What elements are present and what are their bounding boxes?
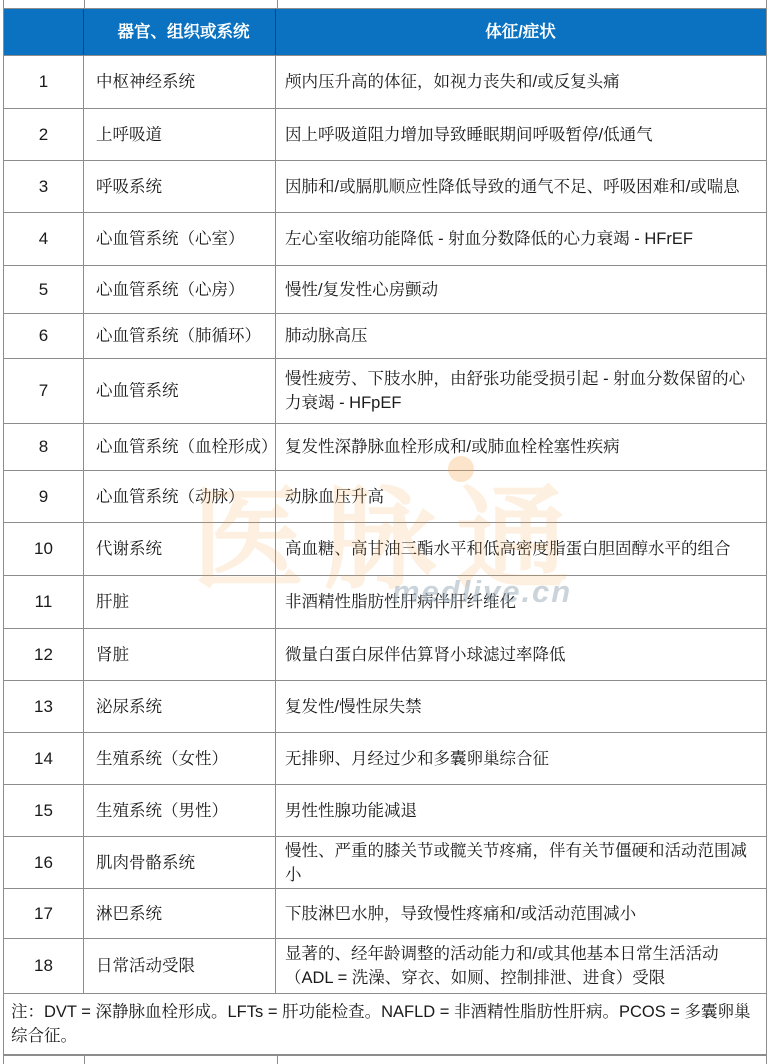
organ-cell: 肌肉骨骼系统 [84,837,276,888]
sign-cell: 复发性深静脉血栓形成和/或肺血栓栓塞性疾病 [276,424,766,470]
organ-cell: 上呼吸道 [84,109,276,160]
sign-cell: 复发性/慢性尿失禁 [276,681,766,732]
sign-cell: 慢性/复发性心房颤动 [276,266,766,313]
organ-cell: 心血管系统（心室） [84,213,276,265]
cropped-cell [85,0,278,8]
row-number-cell: 15 [4,785,84,836]
organ-cell: 泌尿系统 [84,681,276,732]
table-row: 3 呼吸系统 因肺和/或膈肌顺应性降低导致的通气不足、呼吸困难和/或喘息 [4,160,766,212]
row-number-cell: 17 [4,889,84,938]
header-cell-number [4,9,84,55]
table-row: 7 心血管系统 慢性疲劳、下肢水肿，由舒张功能受损引起 - 射血分数保留的心力衰… [4,358,766,423]
organ-cell: 心血管系统（肺循环） [84,314,276,358]
organ-cell: 呼吸系统 [84,161,276,212]
sign-cell: 无排卵、月经过少和多囊卵巢综合征 [276,733,766,784]
cropped-cell [4,0,85,8]
table-body: 1 中枢神经系统 颅内压升高的体征，如视力丧失和/或反复头痛 2 上呼吸道 因上… [4,55,766,993]
sign-cell: 显著的、经年龄调整的活动能力和/或其他基本日常生活活动 （ADL = 洗澡、穿衣… [276,939,766,993]
table-row: 13 泌尿系统 复发性/慢性尿失禁 [4,680,766,732]
row-number-cell: 14 [4,733,84,784]
table-row: 6 心血管系统（肺循环） 肺动脉高压 [4,313,766,358]
organ-cell: 日常活动受限 [84,939,276,993]
table-row: 15 生殖系统（男性） 男性性腺功能减退 [4,784,766,836]
row-number-cell: 8 [4,424,84,470]
row-number-cell: 11 [4,576,84,628]
row-number-cell: 1 [4,56,84,108]
sign-cell: 颅内压升高的体征，如视力丧失和/或反复头痛 [276,56,766,108]
table-header-row: 器官、组织或系统 体征/症状 [4,8,766,55]
table-row: 12 肾脏 微量白蛋白尿伴估算肾小球滤过率降低 [4,628,766,680]
organ-cell: 肝脏 [84,576,276,628]
sign-cell: 因上呼吸道阻力增加导致睡眠期间呼吸暂停/低通气 [276,109,766,160]
sign-cell: 男性性腺功能减退 [276,785,766,836]
row-number-cell: 3 [4,161,84,212]
row-number-cell: 6 [4,314,84,358]
organ-cell: 中枢神经系统 [84,56,276,108]
sign-cell: 高血糖、高甘油三酯水平和低高密度脂蛋白胆固醇水平的组合 [276,523,766,575]
sign-cell: 因肺和/或膈肌顺应性降低导致的通气不足、呼吸困难和/或喘息 [276,161,766,212]
row-number-cell: 5 [4,266,84,313]
row-number-cell: 16 [4,837,84,888]
row-number-cell: 12 [4,629,84,680]
organ-cell: 心血管系统（血栓形成） [84,424,276,470]
cropped-cell [278,1056,766,1064]
row-number-cell: 9 [4,471,84,522]
organ-cell: 心血管系统 [84,359,276,423]
sign-cell: 肺动脉高压 [276,314,766,358]
header-cell-sign: 体征/症状 [276,9,766,55]
cropped-cell [278,0,766,8]
table-row: 18 日常活动受限 显著的、经年龄调整的活动能力和/或其他基本日常生活活动 （A… [4,938,766,993]
organ-systems-table: 器官、组织或系统 体征/症状 1 中枢神经系统 颅内压升高的体征，如视力丧失和/… [3,0,767,1064]
table-row: 1 中枢神经系统 颅内压升高的体征，如视力丧失和/或反复头痛 [4,55,766,108]
organ-cell: 淋巴系统 [84,889,276,938]
organ-cell: 代谢系统 [84,523,276,575]
table-row: 16 肌肉骨骼系统 慢性、严重的膝关节或髋关节疼痛，伴有关节僵硬和活动范围减小 [4,836,766,888]
cropped-cell [85,1056,278,1064]
sign-cell: 下肢淋巴水肿，导致慢性疼痛和/或活动范围减小 [276,889,766,938]
sign-cell: 慢性疲劳、下肢水肿，由舒张功能受损引起 - 射血分数保留的心力衰竭 - HFpE… [276,359,766,423]
row-number-cell: 13 [4,681,84,732]
header-cell-organ: 器官、组织或系统 [84,9,276,55]
sign-cell: 微量白蛋白尿伴估算肾小球滤过率降低 [276,629,766,680]
table-row: 2 上呼吸道 因上呼吸道阻力增加导致睡眠期间呼吸暂停/低通气 [4,108,766,160]
row-number-cell: 7 [4,359,84,423]
table-row: 8 心血管系统（血栓形成） 复发性深静脉血栓形成和/或肺血栓栓塞性疾病 [4,423,766,470]
organ-cell: 生殖系统（男性） [84,785,276,836]
organ-cell: 心血管系统（动脉） [84,471,276,522]
row-number-cell: 18 [4,939,84,993]
sign-cell: 慢性、严重的膝关节或髋关节疼痛，伴有关节僵硬和活动范围减小 [276,837,766,888]
table-row: 10 代谢系统 高血糖、高甘油三酯水平和低高密度脂蛋白胆固醇水平的组合 [4,522,766,575]
row-number-cell: 10 [4,523,84,575]
table-row: 14 生殖系统（女性） 无排卵、月经过少和多囊卵巢综合征 [4,732,766,784]
organ-cell: 生殖系统（女性） [84,733,276,784]
table-row: 17 淋巴系统 下肢淋巴水肿，导致慢性疼痛和/或活动范围减小 [4,888,766,938]
table-row: 4 心血管系统（心室） 左心室收缩功能降低 - 射血分数降低的心力衰竭 - HF… [4,212,766,265]
row-number-cell: 2 [4,109,84,160]
cropped-row-bottom [4,1055,766,1064]
table-row: 9 心血管系统（动脉） 动脉血压升高 [4,470,766,522]
sign-cell: 左心室收缩功能降低 - 射血分数降低的心力衰竭 - HFrEF [276,213,766,265]
cropped-row-top [4,0,766,8]
table-note: 注：DVT = 深静脉血栓形成。LFTs = 肝功能检查。NAFLD = 非酒精… [4,993,766,1055]
organ-cell: 肾脏 [84,629,276,680]
table-row: 11 肝脏 非酒精性脂肪性肝病伴肝纤维化 [4,575,766,628]
sign-cell: 动脉血压升高 [276,471,766,522]
row-number-cell: 4 [4,213,84,265]
sign-cell: 非酒精性脂肪性肝病伴肝纤维化 [276,576,766,628]
table-row: 5 心血管系统（心房） 慢性/复发性心房颤动 [4,265,766,313]
cropped-cell [4,1056,85,1064]
organ-cell: 心血管系统（心房） [84,266,276,313]
